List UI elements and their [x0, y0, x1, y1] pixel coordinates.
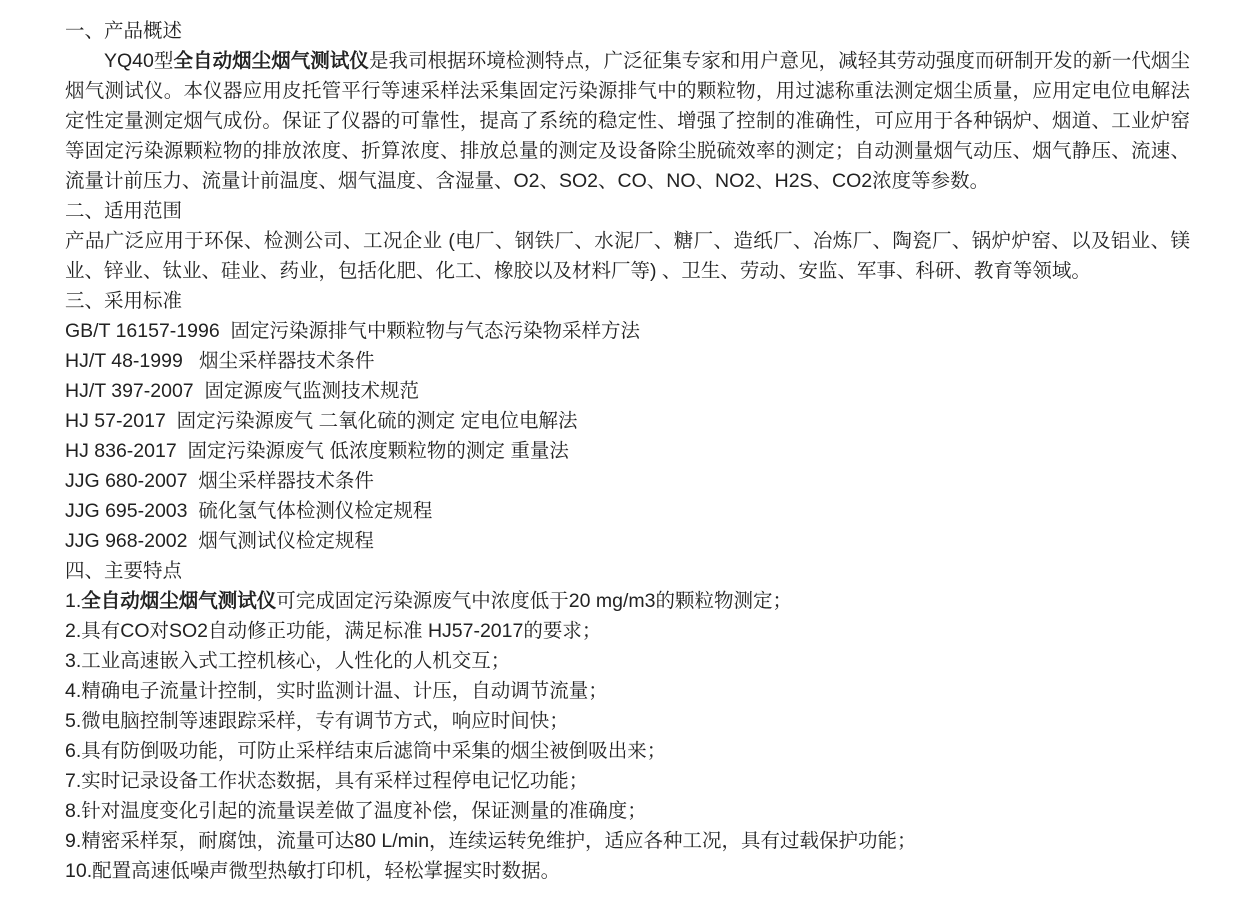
- paragraph: HJ/T 397-2007 固定源废气监测技术规范: [65, 376, 1190, 406]
- section-heading: 一、产品概述: [65, 16, 1190, 46]
- paragraph: 6.具有防倒吸功能，可防止采样结束后滤筒中采集的烟尘被倒吸出来；: [65, 736, 1190, 766]
- text-run: 二、适用范围: [65, 200, 182, 222]
- paragraph: 产品广泛应用于环保、检测公司、工况企业 (电厂、钢铁厂、水泥厂、糖厂、造纸厂、冶…: [65, 226, 1190, 286]
- paragraph: HJ/T 48-1999 烟尘采样器技术条件: [65, 346, 1190, 376]
- text-run: 8.针对温度变化引起的流量误差做了温度补偿，保证测量的准确度；: [65, 800, 647, 822]
- paragraph: 5.微电脑控制等速跟踪采样，专有调节方式，响应时间快；: [65, 706, 1190, 736]
- text-run: 6.具有防倒吸功能，可防止采样结束后滤筒中采集的烟尘被倒吸出来；: [65, 740, 666, 762]
- paragraph: 10.配置高速低噪声微型热敏打印机，轻松掌握实时数据。: [65, 856, 1190, 886]
- text-run: YQ40型: [104, 50, 173, 72]
- text-run: HJ/T 397-2007 固定源废气监测技术规范: [65, 380, 419, 402]
- paragraph: HJ 57-2017 固定污染源废气 二氧化硫的测定 定电位电解法: [65, 406, 1190, 436]
- text-run: 三、采用标准: [65, 290, 182, 312]
- paragraph: JJG 680-2007 烟尘采样器技术条件: [65, 466, 1190, 496]
- paragraph: 8.针对温度变化引起的流量误差做了温度补偿，保证测量的准确度；: [65, 796, 1190, 826]
- text-run: GB/T 16157-1996 固定污染源排气中颗粒物与气态污染物采样方法: [65, 320, 640, 342]
- text-run: 10.配置高速低噪声微型热敏打印机，轻松掌握实时数据。: [65, 860, 560, 882]
- text-run: HJ 57-2017 固定污染源废气 二氧化硫的测定 定电位电解法: [65, 410, 578, 432]
- paragraph: GB/T 16157-1996 固定污染源排气中颗粒物与气态污染物采样方法: [65, 316, 1190, 346]
- text-run: 9.精密采样泵，耐腐蚀，流量可达80 L/min，连续运转免维护，适应各种工况，…: [65, 830, 917, 852]
- text-run: HJ/T 48-1999 烟尘采样器技术条件: [65, 350, 375, 372]
- section-heading: 二、适用范围: [65, 196, 1190, 226]
- bold-text-run: 全自动烟尘烟气测试仪: [81, 590, 276, 612]
- paragraph: 3.工业高速嵌入式工控机核心，人性化的人机交互；: [65, 646, 1190, 676]
- paragraph: 1.全自动烟尘烟气测试仪可完成固定污染源废气中浓度低于20 mg/m3的颗粒物测…: [65, 586, 1190, 616]
- text-run: 2.具有CO对SO2自动修正功能，满足标准 HJ57-2017的要求；: [65, 620, 601, 642]
- text-run: 可完成固定污染源废气中浓度低于20 mg/m3的颗粒物测定；: [276, 590, 792, 612]
- text-run: 产品广泛应用于环保、检测公司、工况企业 (电厂、钢铁厂、水泥厂、糖厂、造纸厂、冶…: [65, 230, 1190, 282]
- text-run: 3.工业高速嵌入式工控机核心，人性化的人机交互；: [65, 650, 510, 672]
- text-run: 四、主要特点: [65, 560, 182, 582]
- text-run: 5.微电脑控制等速跟踪采样，专有调节方式，响应时间快；: [65, 710, 569, 732]
- text-run: JJG 680-2007 烟尘采样器技术条件: [65, 470, 374, 492]
- paragraph: 2.具有CO对SO2自动修正功能，满足标准 HJ57-2017的要求；: [65, 616, 1190, 646]
- text-run: 4.精确电子流量计控制，实时监测计温、计压，自动调节流量；: [65, 680, 608, 702]
- paragraph: JJG 968-2002 烟气测试仪检定规程: [65, 526, 1190, 556]
- paragraph: 9.精密采样泵，耐腐蚀，流量可达80 L/min，连续运转免维护，适应各种工况，…: [65, 826, 1190, 856]
- text-run: JJG 695-2003 硫化氢气体检测仪检定规程: [65, 500, 432, 522]
- paragraph: JJG 695-2003 硫化氢气体检测仪检定规程: [65, 496, 1190, 526]
- section-heading: 三、采用标准: [65, 286, 1190, 316]
- text-run: 7.实时记录设备工作状态数据，具有采样过程停电记忆功能；: [65, 770, 588, 792]
- text-run: 一、产品概述: [65, 20, 182, 42]
- paragraph: HJ 836-2017 固定污染源废气 低浓度颗粒物的测定 重量法: [65, 436, 1190, 466]
- section-heading: 四、主要特点: [65, 556, 1190, 586]
- text-run: JJG 968-2002 烟气测试仪检定规程: [65, 530, 374, 552]
- bold-text-run: 全自动烟尘烟气测试仪: [173, 50, 369, 72]
- product-document: 一、产品概述YQ40型全自动烟尘烟气测试仪是我司根据环境检测特点，广泛征集专家和…: [0, 0, 1235, 886]
- text-run: HJ 836-2017 固定污染源废气 低浓度颗粒物的测定 重量法: [65, 440, 569, 462]
- text-run: 1.: [65, 590, 81, 612]
- paragraph: 7.实时记录设备工作状态数据，具有采样过程停电记忆功能；: [65, 766, 1190, 796]
- paragraph: 4.精确电子流量计控制，实时监测计温、计压，自动调节流量；: [65, 676, 1190, 706]
- paragraph: YQ40型全自动烟尘烟气测试仪是我司根据环境检测特点，广泛征集专家和用户意见，减…: [65, 46, 1190, 196]
